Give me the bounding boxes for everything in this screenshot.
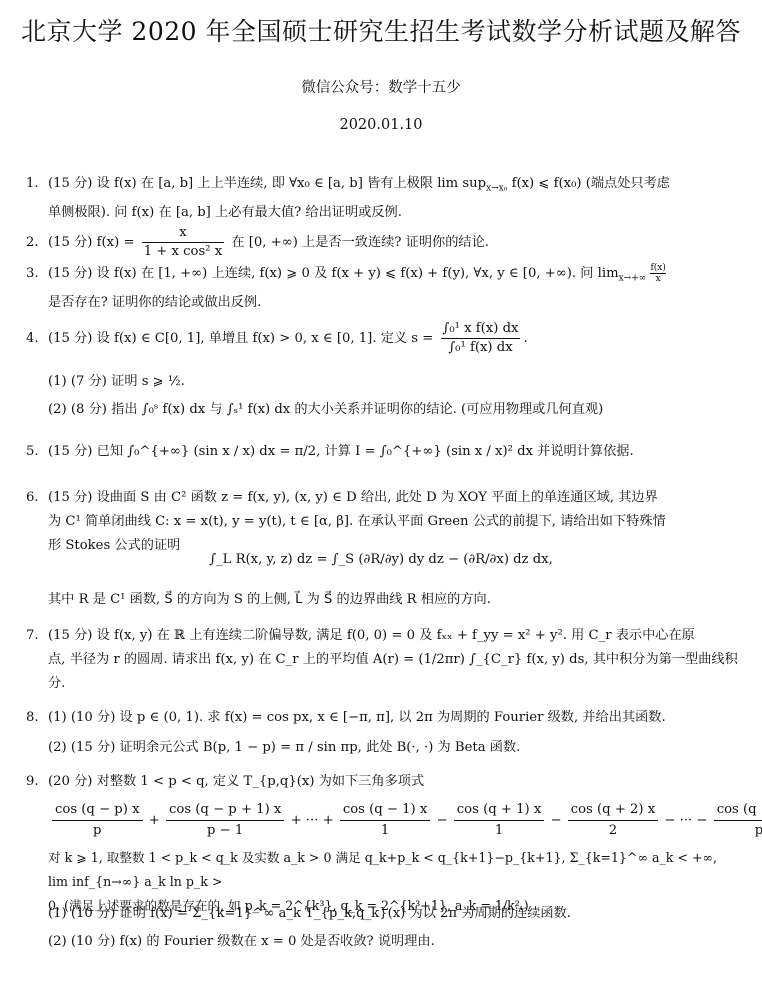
denominator: 1 + x cos² x xyxy=(142,242,224,261)
part-points: (10 分) xyxy=(71,934,115,949)
numerator: cos (q + 2) x xyxy=(568,800,658,820)
problem-4-part-1: (1) (7 分) 证明 s ⩾ ½. xyxy=(48,370,738,394)
term: cos (q − p + 1) xp − 1 xyxy=(166,800,284,841)
problem-points: (15 分) xyxy=(48,176,92,191)
part-text: 指出 ∫₀ˢ f(x) dx 与 ∫ₛ¹ f(x) dx 的大小关系并证明你的结… xyxy=(111,402,603,417)
numerator: cos (q − 1) x xyxy=(340,800,430,820)
term: cos (q + p) xp xyxy=(714,800,762,841)
problem-7: 7.(15 分) 设 f(x, y) 在 ℝ 上有连续二阶偏导数, 满足 f(0… xyxy=(26,624,738,696)
problem-points: (15 分) xyxy=(48,235,92,250)
problem-text: 形 Stokes 公式的证明 xyxy=(26,538,180,553)
denominator: ∫₀¹ f(x) dx xyxy=(441,338,521,357)
document-date: 2020.01.10 xyxy=(0,117,762,133)
problem-text: 并说明计算依据. xyxy=(537,444,634,459)
given-integral: ∫₀^{+∞} (sin x / x) dx = π/2 xyxy=(127,444,316,459)
problem-points: (15 分) xyxy=(48,331,92,346)
problem-1: 1.(15 分) 设 f(x) 在 [a, b] 上上半连续, 即 ∀x₀ ∈ … xyxy=(26,172,738,225)
problem-9-part-2: (2) (10 分) f(x) 的 Fourier 级数在 x = 0 处是否收… xyxy=(48,930,738,954)
part-label: (1) xyxy=(48,374,67,389)
problem-text: 设 f(x, y) 在 ℝ 上有连续二阶偏导数, 满足 f(0, 0) = 0 … xyxy=(97,628,695,643)
problem-number: 1. xyxy=(26,172,48,196)
numerator: x xyxy=(142,224,224,242)
denominator: x xyxy=(650,273,665,284)
wechat-account: 微信公众号：数学十五少 xyxy=(0,76,762,97)
problem-4-part-2: (2) (8 分) 指出 ∫₀ˢ f(x) dx 与 ∫ₛ¹ f(x) dx 的… xyxy=(48,398,738,422)
problem-6-footer: 其中 R 是 C¹ 函数, S⃗ 的方向为 S 的上侧, L⃗ 为 S⃗ 的边界… xyxy=(26,588,738,612)
problem-2: 2.(15 分) f(x) = x1 + x cos² x 在 [0, +∞) … xyxy=(26,224,738,261)
problem-text: f(x) ⩽ f(x₀) (端点处只考虑 xyxy=(507,176,670,191)
denominator: p xyxy=(52,820,143,841)
stokes-formula: ∫_L R(x, y, z) dz = ∫_S (∂R/∂y) dy dz − … xyxy=(0,552,762,567)
problem-text: 设曲面 S 由 C² 函数 z = f(x, y), (x, y) ∈ D 给出… xyxy=(97,490,658,505)
part-text: 证明 f(x) = Σ_{k=1}^∞ a_k T_{p_k,q_k}(x) 为… xyxy=(120,906,571,921)
operator: − ··· − xyxy=(664,813,707,828)
term: cos (q − p) xp xyxy=(52,800,143,841)
problem-3: 3.(15 分) 设 f(x) 在 [1, +∞) 上连续, f(x) ⩾ 0 … xyxy=(26,262,738,315)
denominator: p xyxy=(714,820,762,841)
part-label: (2) xyxy=(48,402,67,417)
limit-subscript: x→x₀ xyxy=(486,184,507,194)
problem-text: 设 f(x) 在 [a, b] 上上半连续, 即 ∀x₀ ∈ [a, b] 皆有… xyxy=(97,176,486,191)
problem-text: 是否存在? 证明你的结论或做出反例. xyxy=(26,295,261,310)
problem-text: 单侧极限). 问 f(x) 在 [a, b] 上必有最大值? 给出证明或反例. xyxy=(26,205,402,220)
function-lhs: f(x) = xyxy=(97,235,135,250)
part-text: 证明 s ⩾ ½. xyxy=(111,374,185,389)
problem-number: 2. xyxy=(26,231,48,255)
fraction: x1 + x cos² x xyxy=(142,224,224,261)
denominator: 1 xyxy=(340,820,430,841)
numerator: cos (q − p) x xyxy=(52,800,143,820)
problem-points: (15 分) xyxy=(48,444,92,459)
term: cos (q − 1) x1 xyxy=(340,800,430,841)
problem-6: 6.(15 分) 设曲面 S 由 C² 函数 z = f(x, y), (x, … xyxy=(26,486,738,558)
problem-points: (15 分) xyxy=(48,266,92,281)
operator: − xyxy=(550,813,561,828)
problem-number: 9. xyxy=(26,770,48,794)
operator: + xyxy=(149,813,160,828)
denominator: 1 xyxy=(454,820,544,841)
problem-number: 8. xyxy=(26,706,48,730)
problem-9: 9.(20 分) 对整数 1 < p < q, 定义 T_{p,q}(x) 为如… xyxy=(26,770,738,794)
problem-number: 3. xyxy=(26,262,48,286)
problem-8-part-2: (2) (15 分) 证明余元公式 B(p, 1 − p) = π / sin … xyxy=(48,736,738,760)
problem-number: 4. xyxy=(26,327,48,351)
part-label: (2) xyxy=(48,740,67,755)
problem-8: 8.(1) (10 分) 设 p ∈ (0, 1). 求 f(x) = cos … xyxy=(26,706,738,730)
part-text: 设 p ∈ (0, 1). 求 f(x) = cos px, x ∈ [−π, … xyxy=(120,710,666,725)
problem-text: 分. xyxy=(26,676,65,691)
term: cos (q + 2) x2 xyxy=(568,800,658,841)
numerator: f(x) xyxy=(650,263,665,273)
problem-text: 为 C¹ 简单闭曲线 C: x = x(t), y = y(t), t ∈ [α… xyxy=(26,514,666,529)
problem-9-part-1: (1) (10 分) 证明 f(x) = Σ_{k=1}^∞ a_k T_{p_… xyxy=(48,902,738,926)
problem-text: 已知 xyxy=(97,444,123,459)
problem-text: 设 f(x) ∈ C[0, 1], 单增且 f(x) > 0, x ∈ [0, … xyxy=(97,331,434,346)
target-integral: ∫₀^{+∞} (sin x / x)² dx xyxy=(380,444,533,459)
part-text: 证明余元公式 B(p, 1 − p) = π / sin πp, 此处 B(·,… xyxy=(120,740,521,755)
problem-points: (15 分) xyxy=(48,490,92,505)
denominator: 2 xyxy=(568,820,658,841)
part-points: (15 分) xyxy=(71,740,115,755)
problem-text: 对整数 1 < p < q, 定义 T_{p,q}(x) 为如下三角多项式 xyxy=(97,774,425,789)
limit-subscript: x→+∞ xyxy=(619,274,647,284)
part-label: (2) xyxy=(48,934,67,949)
problem-text: 其中 R 是 C¹ 函数, S⃗ 的方向为 S 的上侧, L⃗ 为 S⃗ 的边界… xyxy=(26,592,491,607)
fraction-s: ∫₀¹ x f(x) dx∫₀¹ f(x) dx xyxy=(441,320,521,357)
part-label: (1) xyxy=(48,906,67,921)
problem-text: 在 [0, +∞) 上是否一致连续? 证明你的结论. xyxy=(231,235,489,250)
part-text: f(x) 的 Fourier 级数在 x = 0 处是否收敛? 说明理由. xyxy=(120,934,435,949)
denominator: p − 1 xyxy=(166,820,284,841)
numerator: cos (q + 1) x xyxy=(454,800,544,820)
problem-4: 4.(15 分) 设 f(x) ∈ C[0, 1], 单增且 f(x) > 0,… xyxy=(26,320,738,357)
problem-5: 5.(15 分) 已知 ∫₀^{+∞} (sin x / x) dx = π/2… xyxy=(26,440,738,464)
problem-number: 5. xyxy=(26,440,48,464)
problem-text: 对 k ⩾ 1, 取整数 1 < p_k < q_k 及实数 a_k > 0 满… xyxy=(48,850,717,889)
problem-number: 6. xyxy=(26,486,48,510)
problem-points: (20 分) xyxy=(48,774,92,789)
problem-text: 设 f(x) 在 [1, +∞) 上连续, f(x) ⩾ 0 及 f(x + y… xyxy=(97,266,619,281)
numerator: cos (q + p) x xyxy=(714,800,762,820)
numerator: ∫₀¹ x f(x) dx xyxy=(441,320,521,338)
small-fraction: f(x)x xyxy=(650,263,665,284)
problem-text: 点, 半径为 r 的圆周. 请求出 f(x, y) 在 C_r 上的平均值 A(… xyxy=(26,652,738,667)
document-title: 北京大学 2020 年全国硕士研究生招生考试数学分析试题及解答 xyxy=(0,12,762,48)
term: cos (q + 1) x1 xyxy=(454,800,544,841)
problem-number: 7. xyxy=(26,624,48,648)
operator: − xyxy=(437,813,448,828)
part-points: (8 分) xyxy=(71,402,107,417)
part-points: (10 分) xyxy=(71,710,115,725)
numerator: cos (q − p + 1) x xyxy=(166,800,284,820)
problem-points: (15 分) xyxy=(48,628,92,643)
part-points: (10 分) xyxy=(71,906,115,921)
operator: + ··· + xyxy=(291,813,334,828)
problem-text: , 计算 I = xyxy=(316,444,375,459)
part-label: (1) xyxy=(48,710,67,725)
trig-polynomial: cos (q − p) xp + cos (q − p + 1) xp − 1 … xyxy=(50,800,740,841)
part-points: (7 分) xyxy=(71,374,107,389)
